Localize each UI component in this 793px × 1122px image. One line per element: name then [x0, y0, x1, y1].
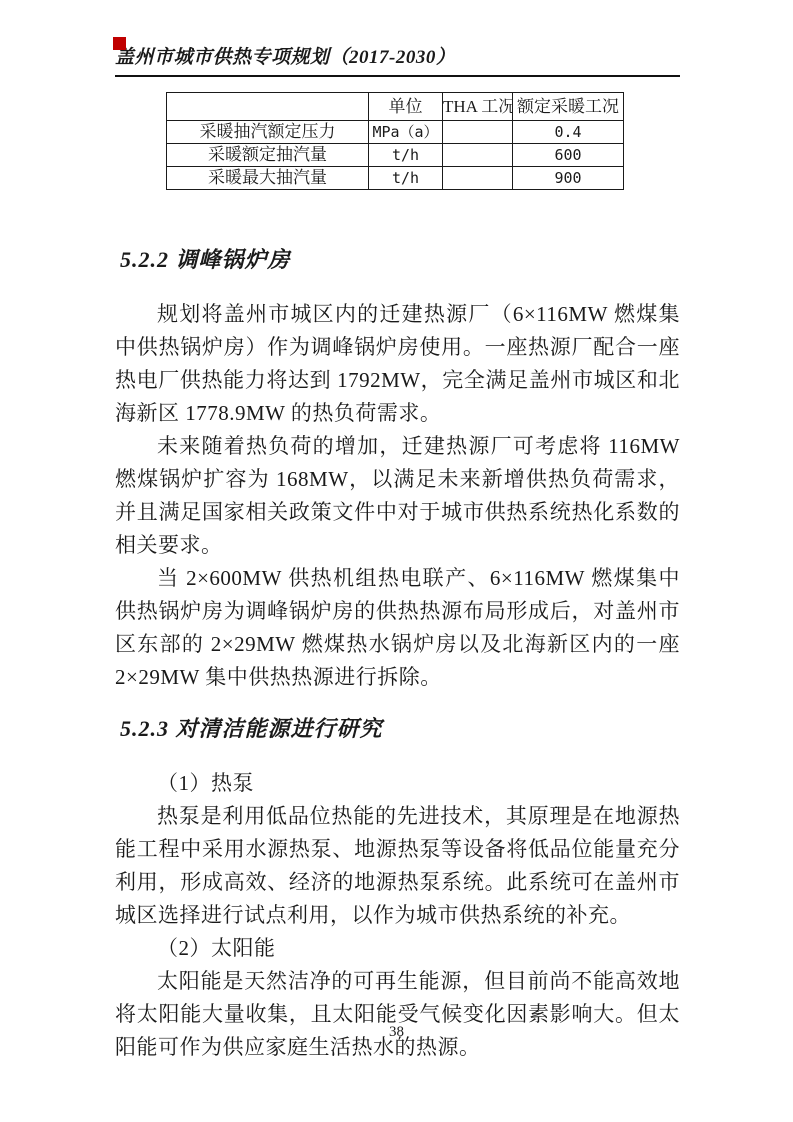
row-tha-value	[443, 121, 513, 144]
red-square-marker	[113, 37, 126, 50]
section-5-2-2-body: 规划将盖州市城区内的迁建热源厂（6×116MW 燃煤集中供热锅炉房）作为调峰锅炉…	[115, 298, 680, 694]
paragraph: 规划将盖州市城区内的迁建热源厂（6×116MW 燃煤集中供热锅炉房）作为调峰锅炉…	[115, 298, 680, 430]
document-header: 盖州市城市供热专项规划（2017-2030）	[115, 0, 680, 77]
table-row: 采暖最大抽汽量 t/h 900	[167, 167, 624, 190]
paragraph: 当 2×600MW 供热机组热电联产、6×116MW 燃煤集中供热锅炉房为调峰锅…	[115, 562, 680, 694]
row-rated-value: 600	[513, 144, 624, 167]
section-5-2-3-body: （1）热泵 热泵是利用低品位热能的先进技术，其原理是在地源热能工程中采用水源热泵…	[115, 767, 680, 1064]
paragraph: 太阳能是天然洁净的可再生能源，但目前尚不能高效地将太阳能大量收集，且太阳能受气候…	[115, 965, 680, 1064]
section-heading-5-2-2: 5.2.2 调峰锅炉房	[120, 245, 680, 275]
row-label: 采暖最大抽汽量	[167, 167, 369, 190]
table-row: 采暖额定抽汽量 t/h 600	[167, 144, 624, 167]
page-number: 38	[0, 1022, 793, 1042]
paragraph: 未来随着热负荷的增加，迁建热源厂可考虑将 116MW 燃煤锅炉扩容为 168MW…	[115, 430, 680, 562]
table-header-rated-heating-condition: 额定采暖工况	[513, 93, 624, 121]
steam-extraction-parameters-table: 单位 THA 工况 额定采暖工况 采暖抽汽额定压力 MPa（a） 0.4 采暖额…	[166, 92, 624, 190]
table-header-tha-condition: THA 工况	[443, 93, 513, 121]
row-tha-value	[443, 167, 513, 190]
row-label: 采暖抽汽额定压力	[167, 121, 369, 144]
row-unit: t/h	[369, 167, 443, 190]
row-tha-value	[443, 144, 513, 167]
table-header-blank	[167, 93, 369, 121]
document-page: 盖州市城市供热专项规划（2017-2030） 单位 THA 工况 额定采暖工况 …	[0, 0, 793, 1122]
row-unit: t/h	[369, 144, 443, 167]
row-label: 采暖额定抽汽量	[167, 144, 369, 167]
row-unit: MPa（a）	[369, 121, 443, 144]
subitem-title-heat-pump: （1）热泵	[115, 767, 680, 800]
document-title: 盖州市城市供热专项规划（2017-2030）	[115, 45, 680, 77]
row-rated-value: 0.4	[513, 121, 624, 144]
subitem-title-solar-energy: （2）太阳能	[115, 932, 680, 965]
table-header-row: 单位 THA 工况 额定采暖工况	[167, 93, 624, 121]
paragraph: 热泵是利用低品位热能的先进技术，其原理是在地源热能工程中采用水源热泵、地源热泵等…	[115, 800, 680, 932]
table-row: 采暖抽汽额定压力 MPa（a） 0.4	[167, 121, 624, 144]
row-rated-value: 900	[513, 167, 624, 190]
table-header-unit: 单位	[369, 93, 443, 121]
section-heading-5-2-3: 5.2.3 对清洁能源进行研究	[120, 714, 680, 744]
